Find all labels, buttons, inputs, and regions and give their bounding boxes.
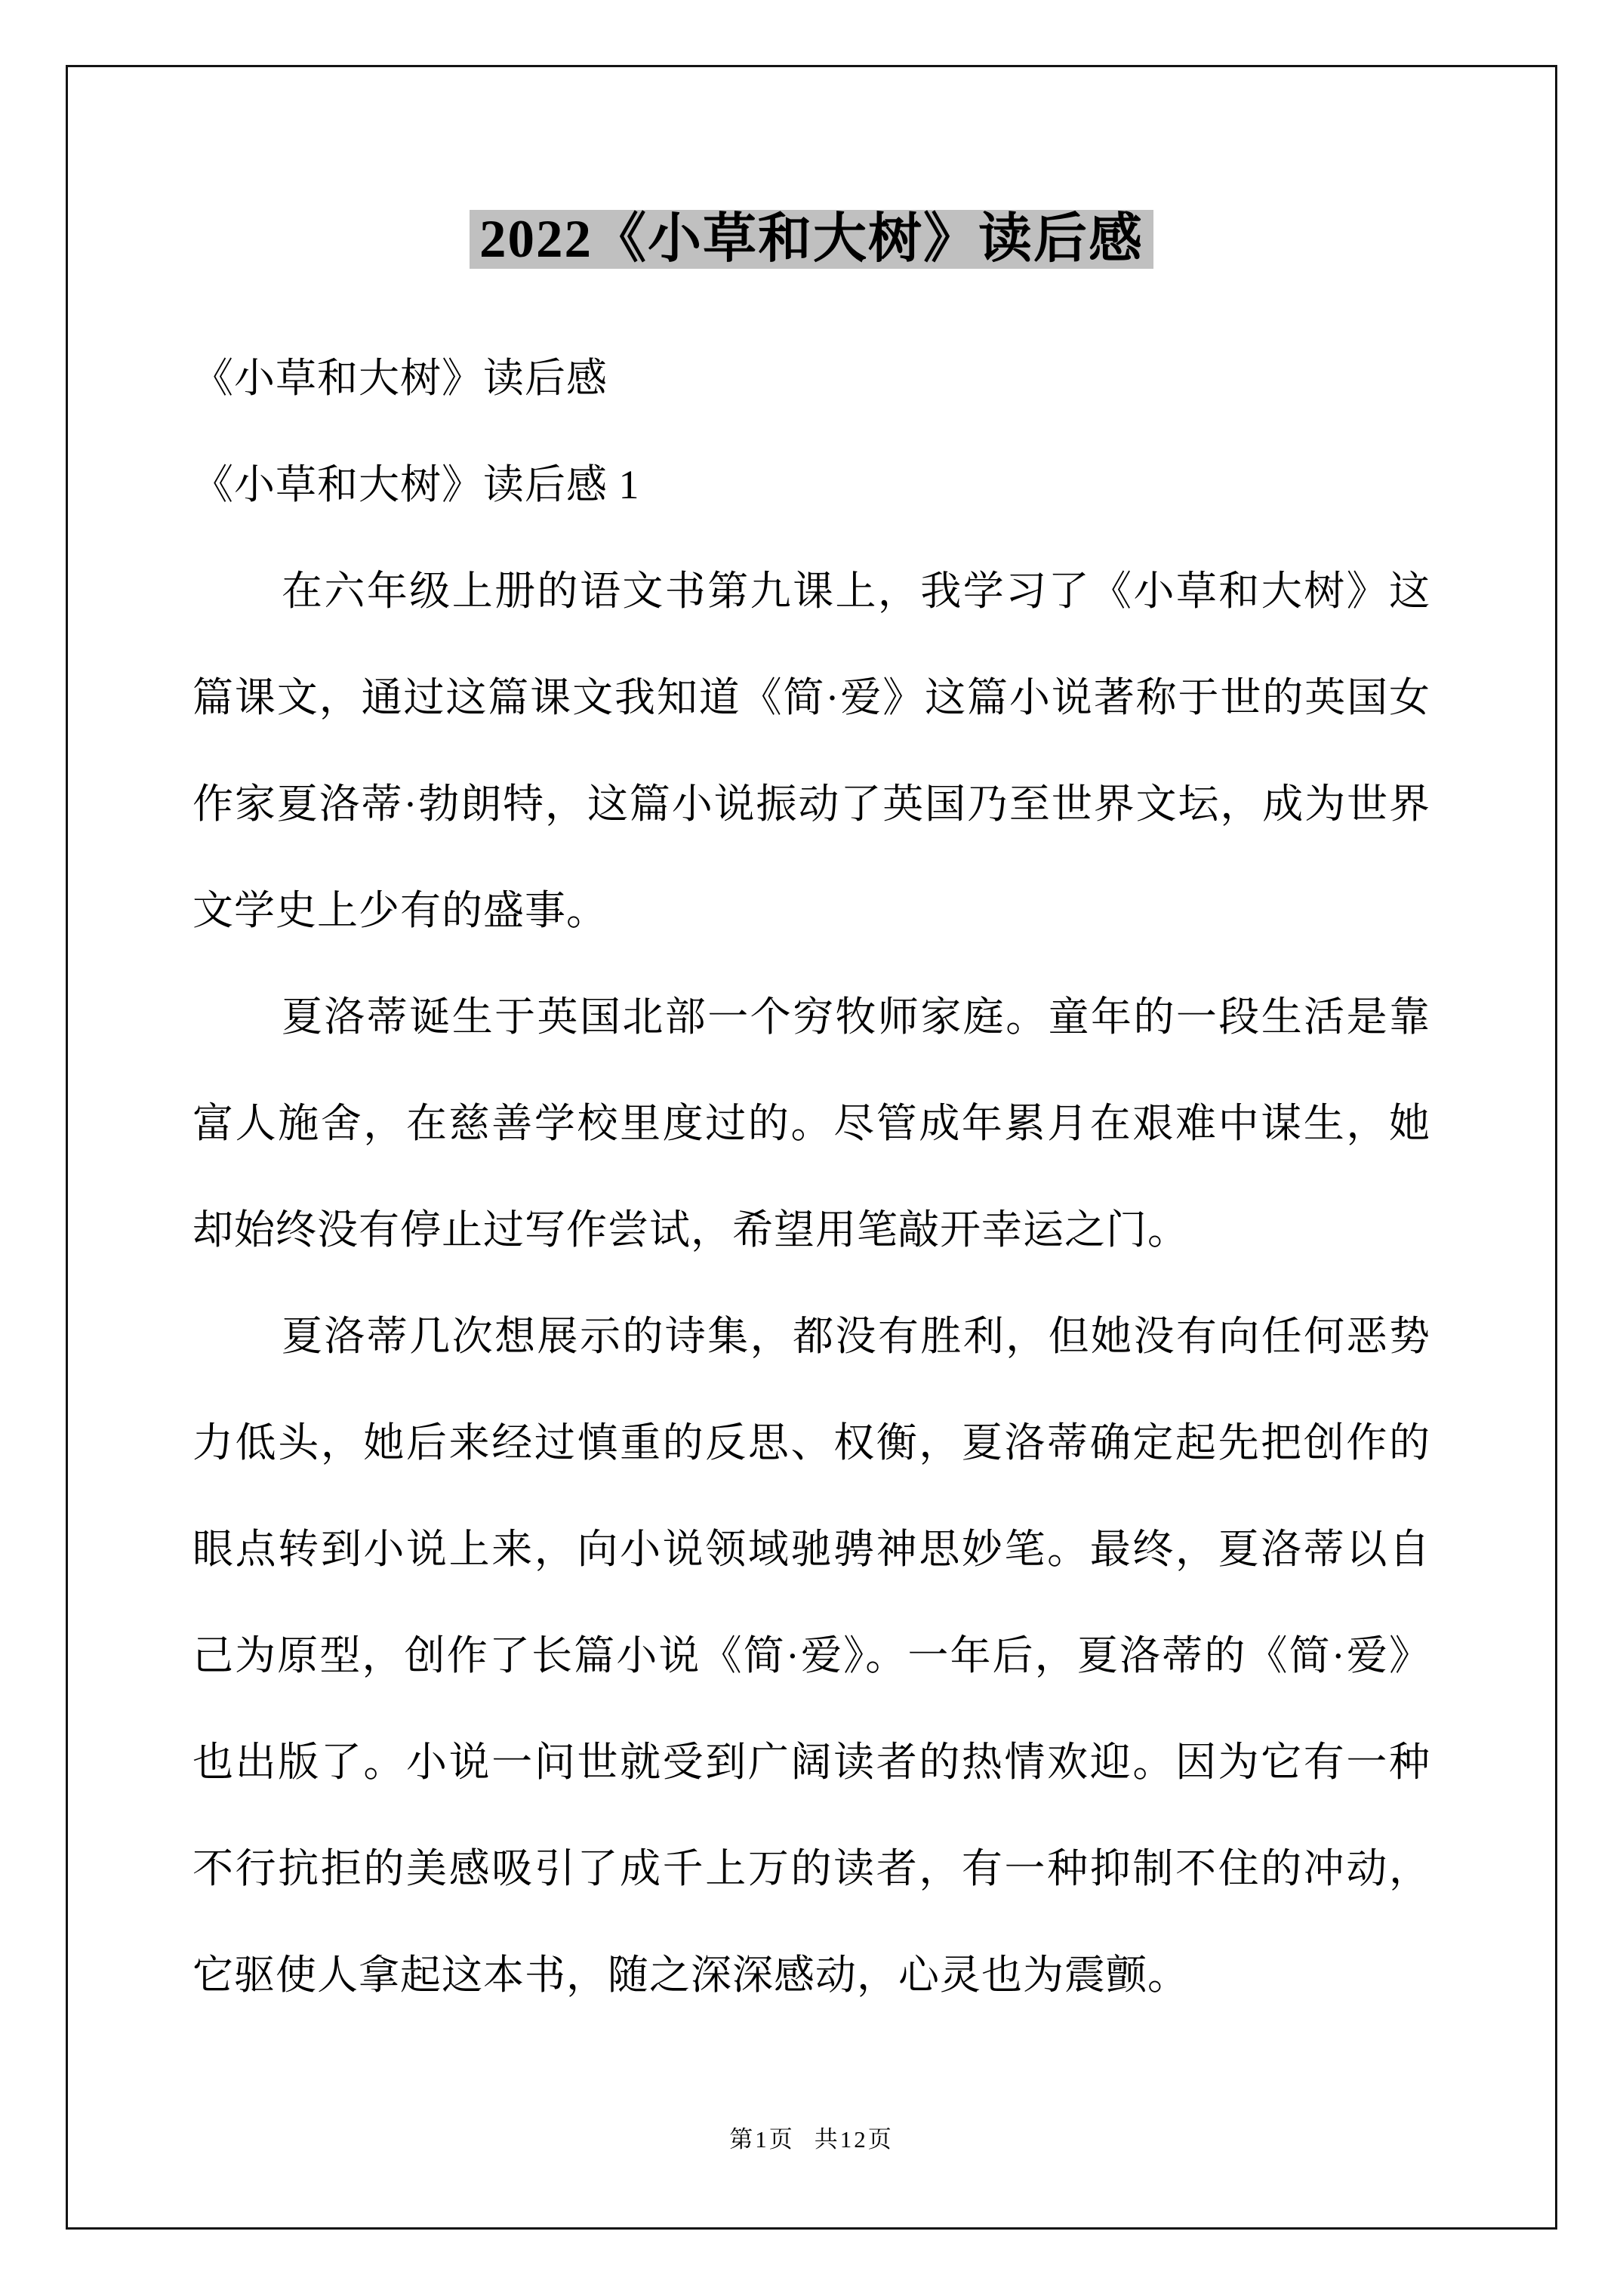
document-body: 《小草和大树》读后感 《小草和大树》读后感 1 在六年级上册的语文书第九课上，我… [192,325,1431,2029]
paragraph-2: 夏洛蒂诞生于英国北部一个穷牧师家庭。童年的一段生活是靠富人施舍，在慈善学校里度过… [192,964,1431,1284]
document-content: 2022《小草和大树》读后感 《小草和大树》读后感 《小草和大树》读后感 1 在… [192,0,1431,2029]
document-title: 2022《小草和大树》读后感 [192,0,1431,278]
paragraph-3: 夏洛蒂几次想展示的诗集，都没有胜利，但她没有向任何恶势力低头，她后来经过慎重的反… [192,1284,1431,2029]
paragraph-caption-1: 《小草和大树》读后感 [192,325,1431,432]
page-number-label: 第1页 [729,2126,795,2153]
page-footer: 第1页共12页 [192,2123,1431,2156]
title-highlight: 2022《小草和大树》读后感 [470,210,1153,269]
paragraph-1: 在六年级上册的语文书第九课上，我学习了《小草和大树》这篇课文，通过这篇课文我知道… [192,538,1431,964]
paragraph-caption-2: 《小草和大树》读后感 1 [192,432,1431,538]
total-pages-label: 共12页 [815,2126,894,2153]
